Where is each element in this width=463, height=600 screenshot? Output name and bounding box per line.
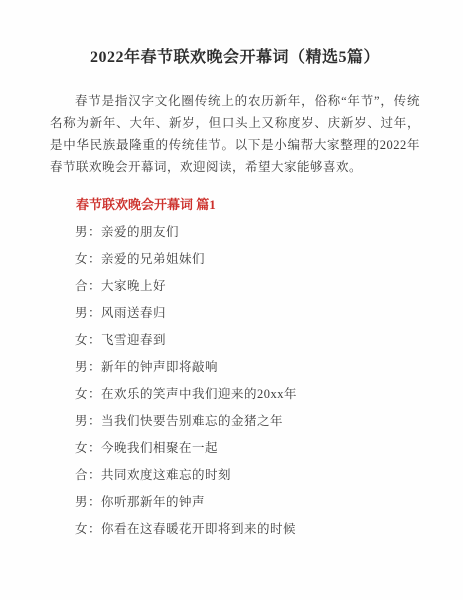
dialogue-line: 合：共同欢度这难忘的时刻 (50, 462, 420, 489)
dialogue-line: 男：你听那新年的钟声 (50, 489, 420, 516)
document-page: 2022年春节联欢晚会开幕词（精选5篇） 春节是指汉字文化圈传统上的农历新年，俗… (0, 0, 463, 600)
dialogue-line: 合：大家晚上好 (50, 273, 420, 300)
section-heading: 春节联欢晚会开幕词 篇1 (50, 197, 420, 213)
page-title: 2022年春节联欢晚会开幕词（精选5篇） (50, 46, 420, 70)
dialogue-line: 女：你看在这春暖花开即将到来的时候 (50, 516, 420, 543)
dialogue-line: 男：新年的钟声即将敲响 (50, 354, 420, 381)
dialogue-line: 女：在欢乐的笑声中我们迎来的20xx年 (50, 381, 420, 408)
dialogue-block: 男：亲爱的朋友们 女：亲爱的兄弟姐妹们 合：大家晚上好 男：风雨送春归 女：飞雪… (50, 219, 420, 543)
dialogue-line: 男：风雨送春归 (50, 300, 420, 327)
dialogue-line: 男：亲爱的朋友们 (50, 219, 420, 246)
dialogue-line: 女：亲爱的兄弟姐妹们 (50, 246, 420, 273)
dialogue-line: 男：当我们快要告别难忘的金猪之年 (50, 408, 420, 435)
dialogue-line: 女：今晚我们相聚在一起 (50, 435, 420, 462)
dialogue-line: 女：飞雪迎春到 (50, 327, 420, 354)
intro-paragraph: 春节是指汉字文化圈传统上的农历新年，俗称“年节”，传统名称为新年、大年、新岁，但… (50, 90, 420, 178)
